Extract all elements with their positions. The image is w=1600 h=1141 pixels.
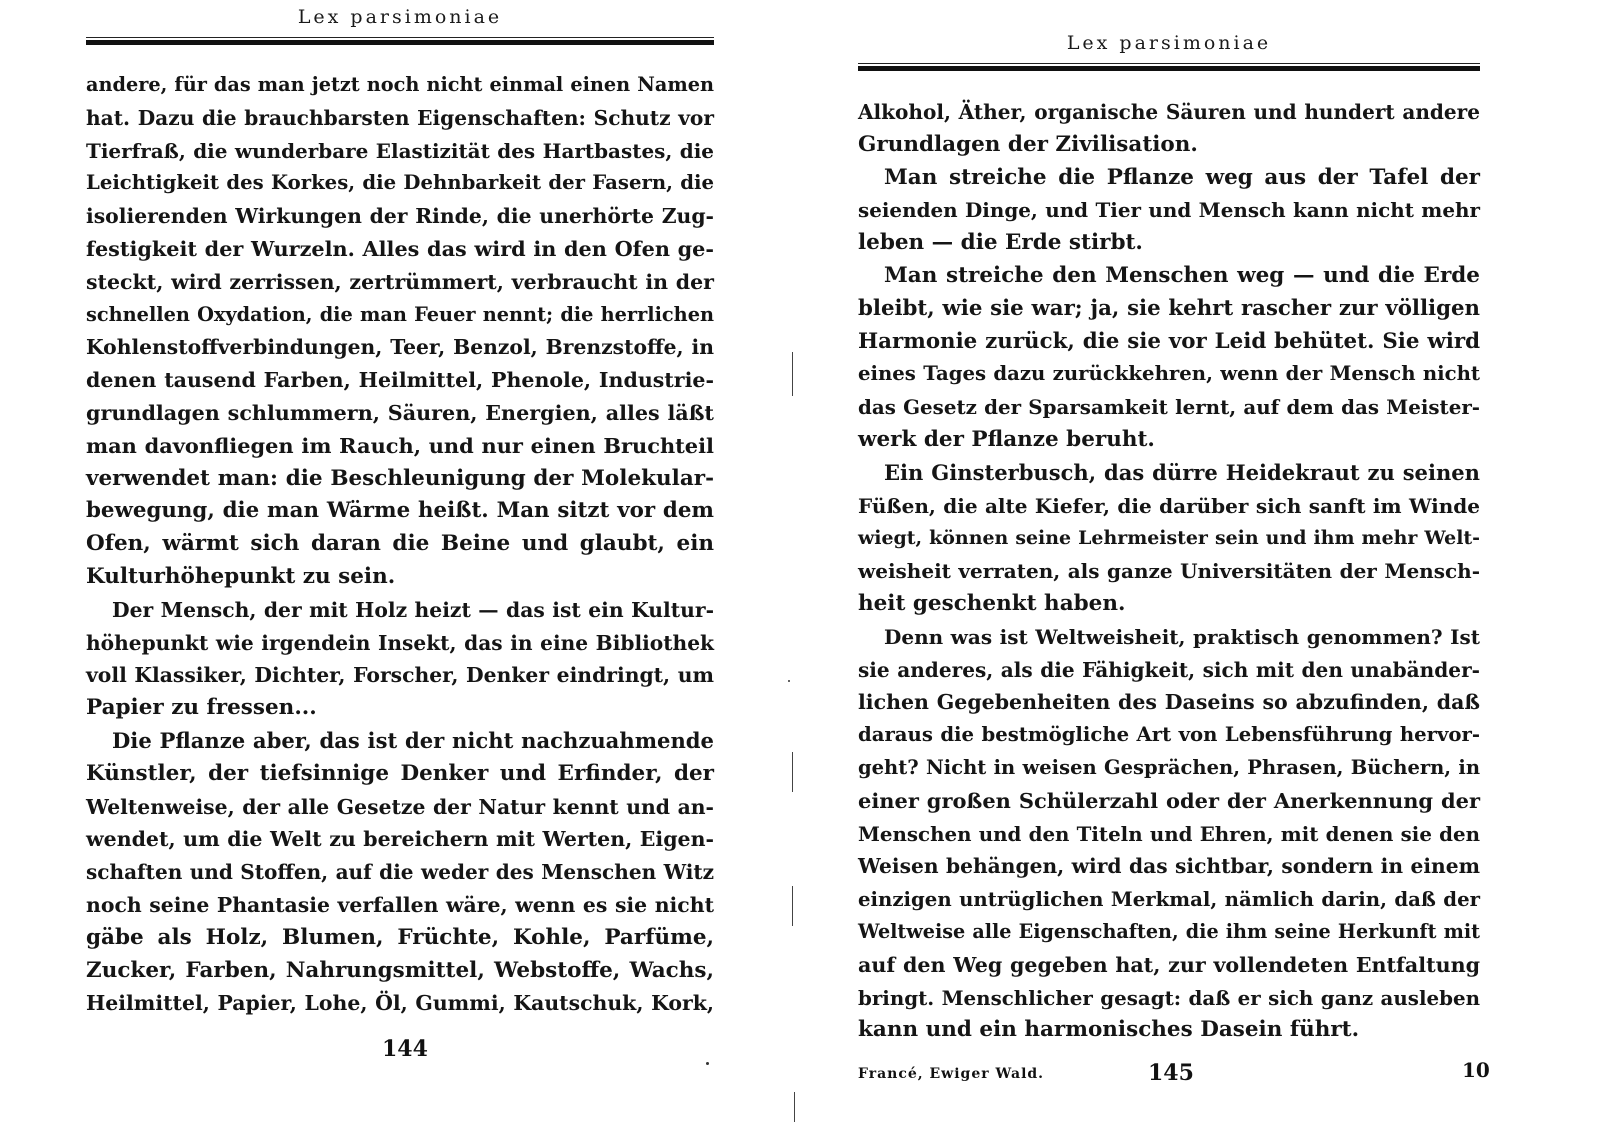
text-line: geht? Nicht in weisen Gesprächen, Phrase… bbox=[858, 752, 1480, 785]
text-line: Kulturhöhepunkt zu sein. bbox=[86, 561, 714, 594]
text-line: Der Mensch, der mit Holz heizt — das ist… bbox=[86, 594, 714, 627]
body-text: Alkohol, Äther, organische Säuren und hu… bbox=[858, 96, 1480, 1047]
text-line: isolierenden Wirkungen der Rinde, die un… bbox=[86, 200, 714, 233]
text-line: verwendet man: die Beschleunigung der Mo… bbox=[86, 463, 714, 496]
scan-gutter-mark bbox=[792, 886, 793, 926]
text-line: daraus die bestmögliche Art von Lebensfü… bbox=[858, 719, 1480, 752]
text-line: Alkohol, Äther, organische Säuren und hu… bbox=[858, 96, 1480, 129]
text-line: heit geschenkt haben. bbox=[858, 588, 1480, 621]
text-line: werk der Pflanze beruht. bbox=[858, 424, 1480, 457]
text-line: wiegt, können seine Lehrmeister sein und… bbox=[858, 522, 1480, 555]
text-line: Weltenweise, der alle Gesetze der Natur … bbox=[86, 791, 714, 824]
text-line: Füßen, die alte Kiefer, die darüber sich… bbox=[858, 490, 1480, 523]
page-number: 144 bbox=[382, 1036, 428, 1062]
text-line: eines Tages dazu zurückkehren, wenn der … bbox=[858, 358, 1480, 391]
text-line: seienden Dinge, und Tier und Mensch kann… bbox=[858, 194, 1480, 227]
scan-speck bbox=[706, 1062, 709, 1065]
text-line: Weisen behängen, wird das sichtbar, sond… bbox=[858, 850, 1480, 883]
text-line: weisheit verraten, als ganze Universität… bbox=[858, 555, 1480, 588]
text-line: Leichtigkeit des Korkes, die Dehnbarkeit… bbox=[86, 167, 714, 200]
text-line: noch seine Phantasie verfallen wäre, wen… bbox=[86, 889, 714, 922]
text-line: bringt. Menschlicher gesagt: daß er sich… bbox=[858, 982, 1480, 1015]
text-line: bewegung, die man Wärme heißt. Man sitzt… bbox=[86, 495, 714, 528]
text-line: wendet, um die Welt zu bereichern mit We… bbox=[86, 823, 714, 856]
text-line: Künstler, der tiefsinnige Denker und Erf… bbox=[86, 758, 714, 791]
text-line: Weltweise alle Eigenschaften, die ihm se… bbox=[858, 916, 1480, 949]
text-line: voll Klassiker, Dichter, Forscher, Denke… bbox=[86, 659, 714, 692]
text-line: denen tausend Farben, Heilmittel, Phenol… bbox=[86, 364, 714, 397]
text-line: schaften und Stoffen, auf die weder des … bbox=[86, 856, 714, 889]
signature-mark: Francé, Ewiger Wald. bbox=[858, 1066, 1044, 1082]
text-line: einer großen Schülerzahl oder der Anerke… bbox=[858, 785, 1480, 818]
text-line: kann und ein harmonisches Dasein führt. bbox=[858, 1014, 1480, 1047]
text-line: Ein Ginsterbusch, das dürre Heidekraut z… bbox=[858, 457, 1480, 490]
text-line: Grundlagen der Zivilisation. bbox=[858, 129, 1480, 162]
text-line: steckt, wird zerrissen, zertrümmert, ver… bbox=[86, 266, 714, 299]
text-line: Harmonie zurück, die sie vor Leid behüte… bbox=[858, 326, 1480, 359]
text-line: Heilmittel, Papier, Lohe, Öl, Gummi, Kau… bbox=[86, 987, 714, 1020]
text-line: schnellen Oxydation, die man Feuer nennt… bbox=[86, 299, 714, 332]
text-line: sie anderes, als die Fähigkeit, sich mit… bbox=[858, 654, 1480, 687]
running-head: Lex parsimoniae bbox=[86, 6, 714, 28]
text-line: höhepunkt wie irgendein Insekt, das in e… bbox=[86, 627, 714, 660]
text-line: Zucker, Farben, Nahrungsmittel, Webstoff… bbox=[86, 955, 714, 988]
text-line: lichen Gegebenheiten des Daseins so abzu… bbox=[858, 686, 1480, 719]
scan-gutter-mark bbox=[792, 752, 793, 792]
text-line: gäbe als Holz, Blumen, Früchte, Kohle, P… bbox=[86, 922, 714, 955]
text-line: Man streiche den Menschen weg — und die … bbox=[858, 260, 1480, 293]
text-line: Die Pflanze aber, das ist der nicht nach… bbox=[86, 725, 714, 758]
text-line: andere, für das man jetzt noch nicht ein… bbox=[86, 69, 714, 102]
scan-gutter-mark bbox=[794, 1092, 795, 1122]
header-rule-thick bbox=[86, 40, 714, 45]
sheet-number: 10 bbox=[1462, 1058, 1490, 1082]
text-line: Menschen und den Titeln und Ehren, mit d… bbox=[858, 818, 1480, 851]
text-line: grundlagen schlummern, Säuren, Energien,… bbox=[86, 397, 714, 430]
text-line: man davonfliegen im Rauch, und nur einen… bbox=[86, 430, 714, 463]
text-line: das Gesetz der Sparsamkeit lernt, auf de… bbox=[858, 391, 1480, 424]
scan-speck bbox=[788, 680, 790, 682]
text-line: auf den Weg gegeben hat, zur vollendeten… bbox=[858, 949, 1480, 982]
page-number: 145 bbox=[1148, 1060, 1194, 1086]
text-line: leben — die Erde stirbt. bbox=[858, 227, 1480, 260]
running-head: Lex parsimoniae bbox=[858, 32, 1480, 54]
text-line: Ofen, wärmt sich daran die Beine und gla… bbox=[86, 528, 714, 561]
header-rule-thick bbox=[858, 66, 1480, 71]
scan-gutter-mark bbox=[792, 352, 793, 396]
text-line: einzigen untrüglichen Merkmal, nämlich d… bbox=[858, 883, 1480, 916]
text-line: Kohlenstoffverbindungen, Teer, Benzol, B… bbox=[86, 331, 714, 364]
text-line: bleibt, wie sie war; ja, sie kehrt rasch… bbox=[858, 293, 1480, 326]
body-text: andere, für das man jetzt noch nicht ein… bbox=[86, 69, 714, 1020]
text-line: festigkeit der Wurzeln. Alles das wird i… bbox=[86, 233, 714, 266]
text-line: Man streiche die Pflanze weg aus der Taf… bbox=[858, 162, 1480, 195]
text-line: hat. Dazu die brauchbarsten Eigenschafte… bbox=[86, 102, 714, 135]
text-line: Tierfraß, die wunderbare Elastizität des… bbox=[86, 135, 714, 168]
header-rule-thin bbox=[858, 63, 1480, 64]
header-rule-thin bbox=[86, 37, 714, 38]
text-line: Denn was ist Weltweisheit, praktisch gen… bbox=[858, 621, 1480, 654]
text-line: Papier zu fressen... bbox=[86, 692, 714, 725]
